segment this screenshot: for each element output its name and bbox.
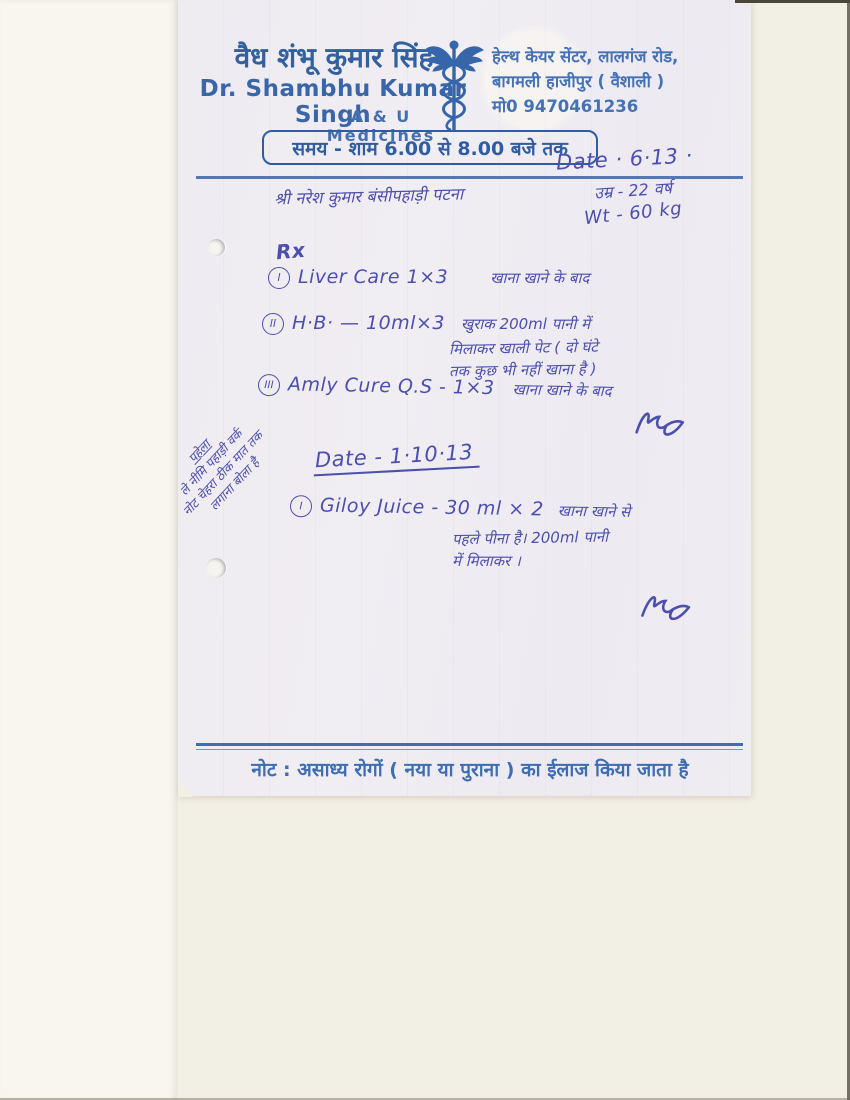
item-3-drug: Amly Cure Q.S - 1×3 <box>288 373 495 399</box>
item-2-instruction-cont1: मिलाकर खाली पेट ( दो घंटे <box>449 337 598 360</box>
rx-symbol: Rx <box>275 238 306 264</box>
scanner-background-strip <box>0 0 178 1100</box>
item-4-drug: Giloy Juice - 30 ml × 2 <box>320 495 544 521</box>
item-2-instruction: खुराक 200ml पानी में <box>461 315 590 333</box>
item-1-number: I <box>268 267 290 289</box>
doctor-signature-2 <box>635 586 694 632</box>
footer-divider-line <box>196 743 743 750</box>
clinic-address-line1: हेल्थ केयर सेंटर, लालगंज रोड, <box>492 44 752 69</box>
paper-fold-corner <box>178 780 193 797</box>
scan-edge-top <box>735 0 850 3</box>
clinic-phone: मो0 9470461236 <box>492 94 752 119</box>
footer-note: नोट : असाध्य रोगों ( नया या पुराना ) का … <box>200 756 740 782</box>
clinic-timing-banner: समय - शाम 6.00 से 8.00 बजे तक <box>262 130 598 165</box>
clinic-address-block: हेल्थ केयर सेंटर, लालगंज रोड, बागमली हाज… <box>492 44 752 119</box>
item-4-number: I <box>290 495 312 517</box>
prescription-item-2: IIH·B· — 10ml×3खुराक 200ml पानी में <box>262 312 590 335</box>
clinic-address-line2: बागमली हाजीपुर ( वैशाली ) <box>492 69 752 94</box>
item-3-instruction: खाना खाने के बाद <box>512 380 611 400</box>
caduceus-icon <box>424 36 484 134</box>
patient-name-line: श्री नरेश कुमार बंसीपहाड़ी पटना <box>274 182 464 210</box>
item-2-number: II <box>262 313 284 335</box>
scanned-prescription-page: वैध शंभू कुमार सिंह Dr. Shambhu Kumar Si… <box>0 0 850 1100</box>
item-2-drug: H·B· — 10ml×3 <box>292 312 445 334</box>
item-1-drug: Liver Care 1×3 <box>298 266 448 288</box>
item-4-instruction: खाना खाने से <box>558 502 631 521</box>
doctor-signature-1 <box>628 401 688 449</box>
item-4-instruction-cont1: पहले पीना है। 200ml पानी <box>452 527 608 550</box>
prescription-item-1: ILiver Care 1×3खाना खाने के बाद <box>268 266 589 289</box>
item-1-instruction: खाना खाने के बाद <box>490 269 589 287</box>
punch-hole-bottom <box>206 558 226 578</box>
item-4-instruction-cont2: में मिलाकर । <box>452 551 521 571</box>
punch-hole-top <box>208 239 225 256</box>
clinic-timing-text: समय - शाम 6.00 से 8.00 बजे तक <box>292 135 568 161</box>
